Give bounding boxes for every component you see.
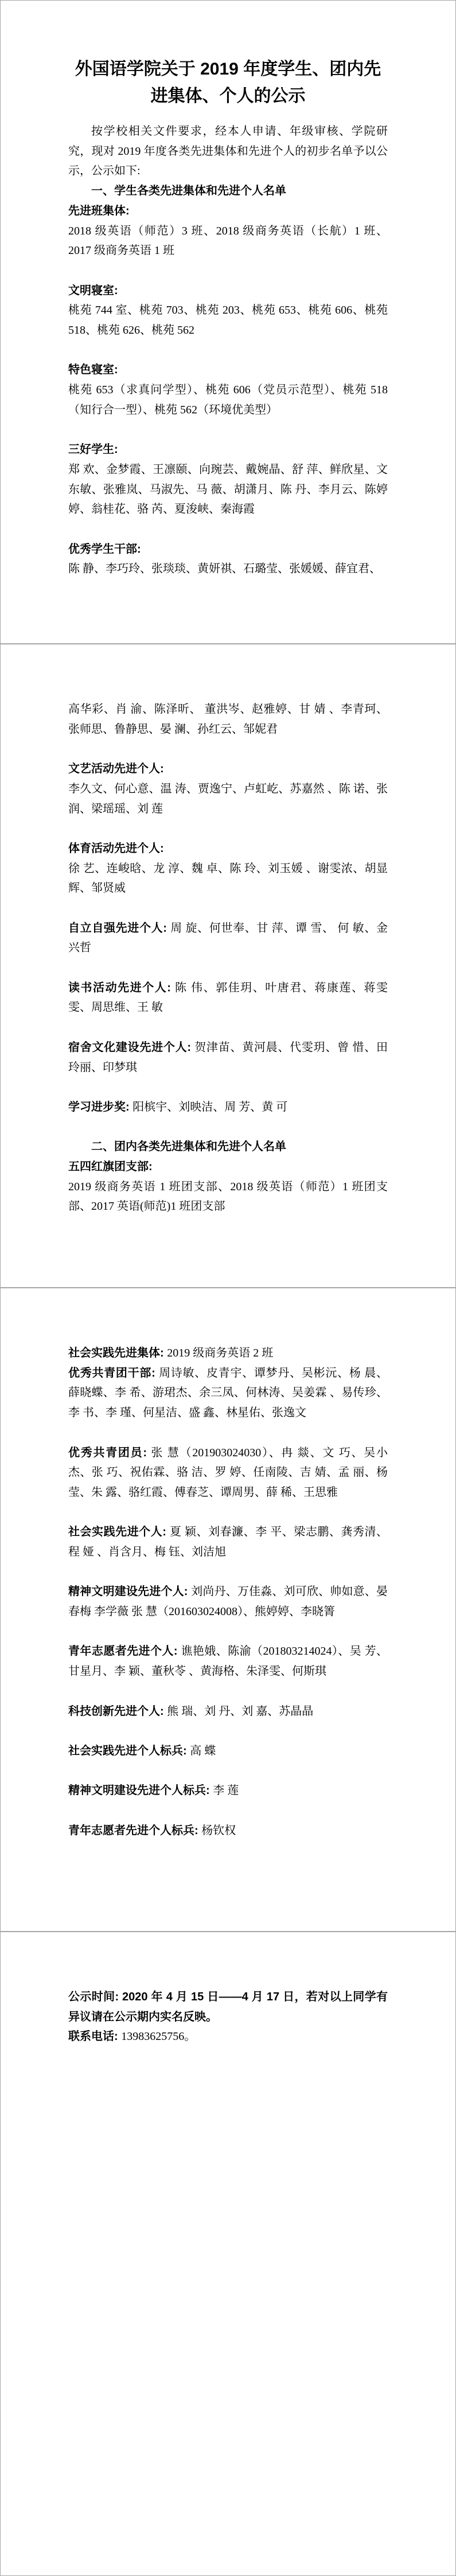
- section-league-members: 优秀共青团员: 张 慧（201903024030）、冉 燚、文 巧、吴小杰、张 …: [68, 1443, 388, 1503]
- label-league-cadres: 优秀共青团干部:: [68, 1367, 159, 1379]
- label-civilized-dorm: 文明寝室:: [68, 281, 388, 301]
- section-social-practice-individuals: 社会实践先进个人: 夏 颖、刘春濂、李 平、梁志鹏、龚秀清、程 娅 、肖含月、梅…: [68, 1522, 388, 1562]
- label-youth-volunteers: 青年志愿者先进个人:: [68, 1645, 181, 1658]
- document-title: 外国语学院关于 2019 年度学生、团内先进集体、个人的公示: [72, 56, 384, 110]
- section-volunteer-pacesetter: 青年志愿者先进个人标兵: 杨钦权: [68, 1821, 388, 1841]
- section-self-reliance: 自立自强先进个人: 周 旋、何世奉、甘 萍、谭 雪、 何 敏、金兴哲: [68, 918, 388, 958]
- contact-line: 联系电话: 13983625756。: [68, 2027, 388, 2047]
- page-1: 外国语学院关于 2019 年度学生、团内先进集体、个人的公示 按学校相关文件要求…: [1, 1, 455, 644]
- label-spiritual-civilization: 精神文明建设先进个人:: [68, 1585, 191, 1598]
- section-spiritual-pacesetter: 精神文明建设先进个人标兵: 李 莲: [68, 1781, 388, 1801]
- contact-phone-label: 联系电话:: [68, 2030, 121, 2043]
- page-2: 高华彩、肖 渝、陈泽昕、 董洪岑、赵雅婷、甘 婧 、李青珂、张师思、鲁静思、晏 …: [1, 644, 455, 1288]
- label-study-progress: 学习进步奖:: [68, 1101, 132, 1113]
- names-merit-students: 郑 欢、金梦霞、王凛颐、向琬芸、戴婉晶、舒 萍、鲜欣星、文东敏、张雅岚、马淑先、…: [68, 460, 388, 519]
- section-dorm-culture: 宿舍文化建设先进个人: 贺津苗、黄河晨、代雯玥、曾 惜、田玲丽、印梦琪: [68, 1038, 388, 1077]
- names-arts-individuals: 李久文、何心意、温 涛、贾逸宁、卢虹屹、苏嘉然 、陈 诺、张 润、梁瑶瑶、刘 莲: [68, 779, 388, 819]
- label-social-practice-pacesetter: 社会实践先进个人标兵:: [68, 1745, 190, 1757]
- names-advanced-class: 2018 级英语（师范）3 班、2018 级商务英语（长航）1 班、 2017 …: [68, 221, 388, 261]
- names-outstanding-cadres: 陈 静、李巧玲、张琰琰、黄妍祺、石璐莹、张媛媛、薛宜君、: [68, 559, 388, 579]
- names-red-flag-branch: 2019 级商务英语 1 班团支部、2018 级英语（师范）1 班团支部、201…: [68, 1177, 388, 1217]
- label-reading: 读书活动先进个人:: [68, 982, 175, 994]
- section-youth-volunteers: 青年志愿者先进个人: 谯艳娥、陈渝（201803214024）、吴 芳、甘星月、…: [68, 1641, 388, 1681]
- names-outstanding-cadres-continued: 高华彩、肖 渝、陈泽昕、 董洪岑、赵雅婷、甘 婧 、李青珂、张师思、鲁静思、晏 …: [68, 699, 388, 739]
- contact-phone-number: 13983625756。: [121, 2030, 196, 2043]
- names-civilized-dorm: 桃苑 744 室、桃苑 703、桃苑 203、桃苑 653、桃苑 606、桃苑 …: [68, 300, 388, 340]
- section-heading-league: 二、团内各类先进集体和先进个人名单: [68, 1137, 388, 1157]
- names-social-practice-collective: 2019 级商务英语 2 班: [167, 1347, 273, 1359]
- section-social-practice-pacesetter: 社会实践先进个人标兵: 高 蝶: [68, 1741, 388, 1761]
- section-reading: 读书活动先进个人: 陈 伟、郭佳玥、叶唐君、蒋康莲、蒋雯雯、周思维、王 敏: [68, 978, 388, 1018]
- label-red-flag-branch: 五四红旗团支部:: [68, 1157, 388, 1177]
- intro-paragraph: 按学校相关文件要求，经本人申请、年级审核、学院研究，现对 2019 年度各类先进…: [68, 122, 388, 181]
- label-league-members: 优秀共青团员:: [68, 1447, 151, 1459]
- label-merit-students: 三好学生:: [68, 440, 388, 460]
- names-tech-innovation: 熊 瑞、刘 丹、刘 嘉、苏晶晶: [167, 1705, 313, 1718]
- section-heading-students: 一、学生各类先进集体和先进个人名单: [68, 181, 388, 201]
- label-social-practice-individuals: 社会实践先进个人:: [68, 1526, 170, 1538]
- section-spiritual-civilization: 精神文明建设先进个人: 刘尚丹、万佳淼、刘可欣、帅如意、晏春梅 李学薇 张 慧（…: [68, 1582, 388, 1621]
- section-study-progress: 学习进步奖: 阳槟宇、刘映洁、周 芳、黄 可: [68, 1097, 388, 1117]
- publicity-period-notice: 公示时间: 2020 年 4 月 15 日——4 月 17 日，若对以上同学有异…: [68, 1987, 388, 2027]
- section-tech-innovation: 科技创新先进个人: 熊 瑞、刘 丹、刘 嘉、苏晶晶: [68, 1702, 388, 1722]
- label-dorm-culture: 宿舍文化建设先进个人:: [68, 1041, 194, 1054]
- names-study-progress: 阳槟宇、刘映洁、周 芳、黄 可: [132, 1101, 287, 1113]
- section-league-cadres: 优秀共青团干部: 周诗敏、皮青宇、谭梦丹、吴彬沅、杨 晨、薛晓蝶、李 希、游珺杰…: [68, 1363, 388, 1423]
- label-featured-dorm: 特色寝室:: [68, 360, 388, 380]
- names-volunteer-pacesetter: 杨钦权: [201, 1824, 236, 1837]
- label-sports-individuals: 体育活动先进个人:: [68, 839, 388, 859]
- names-sports-individuals: 徐 艺、连峻晗、龙 淳、魏 卓、陈 玲、刘玉媛 、谢雯浓、胡显辉、邹贤威: [68, 859, 388, 898]
- label-advanced-class: 先进班集体:: [68, 201, 388, 221]
- label-outstanding-cadres: 优秀学生干部:: [68, 540, 388, 560]
- label-volunteer-pacesetter: 青年志愿者先进个人标兵:: [68, 1824, 201, 1837]
- label-tech-innovation: 科技创新先进个人:: [68, 1705, 167, 1718]
- names-social-practice-pacesetter: 高 蝶: [190, 1745, 216, 1757]
- announcement-document: 外国语学院关于 2019 年度学生、团内先进集体、个人的公示 按学校相关文件要求…: [0, 0, 456, 2576]
- page-3: 社会实践先进集体: 2019 级商务英语 2 班 优秀共青团干部: 周诗敏、皮青…: [1, 1288, 455, 1932]
- label-social-practice-collective: 社会实践先进集体:: [68, 1347, 167, 1359]
- names-featured-dorm: 桃苑 653（求真问学型）、桃苑 606（党员示范型）、桃苑 518（知行合一型…: [68, 380, 388, 420]
- label-arts-individuals: 文艺活动先进个人:: [68, 759, 388, 779]
- label-self-reliance: 自立自强先进个人:: [68, 922, 170, 935]
- label-spiritual-pacesetter: 精神文明建设先进个人标兵:: [68, 1784, 213, 1797]
- section-social-practice-collective: 社会实践先进集体: 2019 级商务英语 2 班: [68, 1343, 388, 1363]
- page-4: 公示时间: 2020 年 4 月 15 日——4 月 17 日，若对以上同学有异…: [1, 1932, 455, 2575]
- names-spiritual-pacesetter: 李 莲: [213, 1784, 239, 1797]
